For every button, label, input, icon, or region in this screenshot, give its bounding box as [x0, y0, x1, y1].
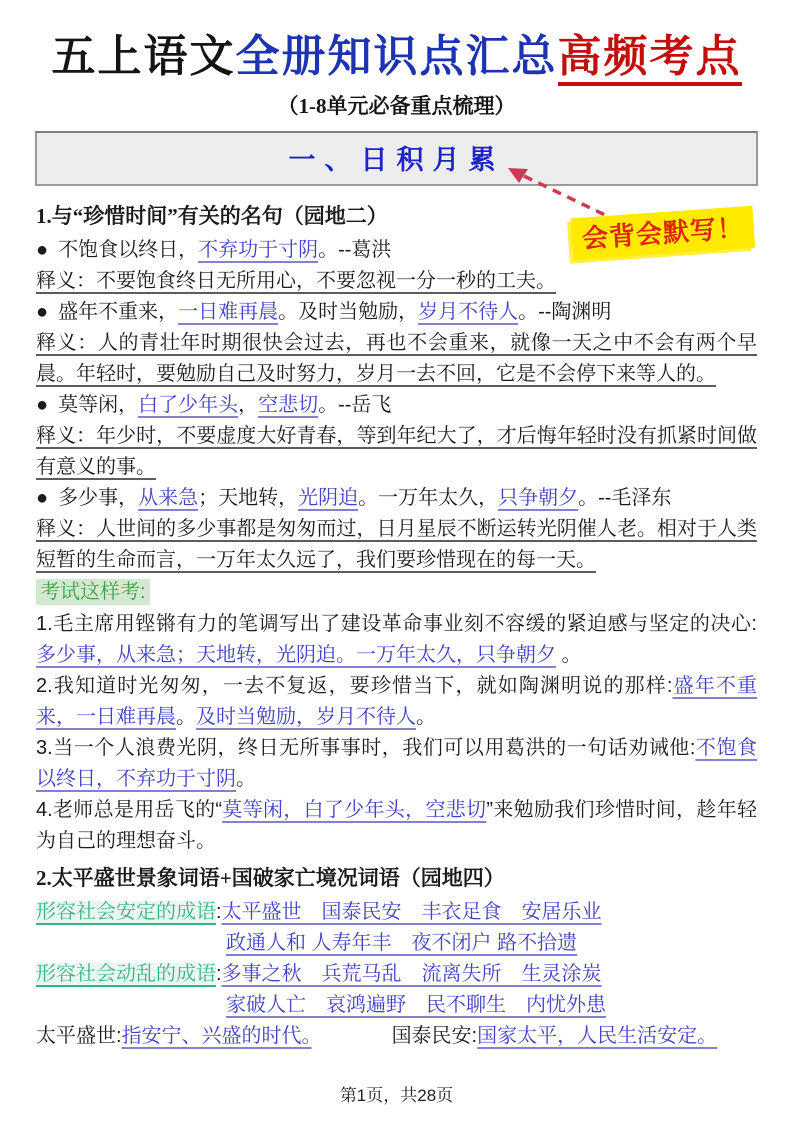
text-segment: 释义：人的青壮年时期很快会过去，再也不会重来，就像一天之中不会有两个早晨。年轻时…: [36, 332, 757, 385]
paragraph: 3.当一个人浪费光阴，终日无所事事时，我们可以用葛洪的一句话劝诫他:不饱食以终日…: [36, 733, 757, 795]
text-segment: ，: [238, 394, 258, 416]
text-segment: 及时当勉励，岁月不待人: [196, 706, 416, 728]
text-segment: 莫等闲，白了少年头，空悲切: [222, 799, 486, 821]
text-segment: 。: [416, 706, 436, 728]
text-segment: 1.毛主席用铿锵有力的笔调写出了建设革命事业刻不容缓的紧迫感与坚定的决心:: [36, 613, 757, 635]
section-header-title: 一、日积月累: [289, 145, 505, 175]
text-segment: ● 盛年不重来，: [36, 301, 178, 323]
paragraph: 形容社会动乱的成语:多事之秋 兵荒马乱 流离失所 生灵涂炭: [36, 959, 757, 990]
body-paragraphs: 1.与“珍惜时间”有关的名句（园地二）● 不饱食以终日，不弃功于寸阴。--葛洪释…: [0, 186, 793, 1052]
text-segment: 形容社会安定的成语: [36, 901, 216, 923]
paragraph: 释义：不要饱食终日无所用心，不要忽视一分一秒的工夫。: [36, 266, 757, 297]
text-segment: 白了少年头: [138, 394, 238, 416]
text-segment: ● 多少事，: [36, 487, 138, 509]
paragraph: ● 多少事，从来急；天地转，光阴迫。一万年太久，只争朝夕。--毛泽东: [36, 483, 757, 514]
text-segment: 。--葛洪: [318, 239, 391, 261]
text-segment: 不弃功于寸阴: [198, 239, 318, 261]
text-segment: 岁月不待人: [418, 301, 518, 323]
paragraph: 家破人亡 哀鸿遍野 民不聊生 内忧外患: [36, 990, 757, 1021]
paragraph: 太平盛世:指安宁、兴盛的时代。 国泰民安:国家太平，人民生活安定。: [36, 1021, 757, 1052]
text-segment: 。及时当勉励，: [278, 301, 418, 323]
text-segment: 一日难再晨: [178, 301, 278, 323]
text-segment: 家破人亡 哀鸿遍野 民不聊生 内忧外患: [226, 994, 606, 1016]
title-part-black: 五上语文: [52, 32, 236, 81]
paragraph: 2.我知道时光匆匆，一去不复返，要珍惜当下，就如陶渊明说的那样:盛年不重来，一日…: [36, 671, 757, 733]
text-segment: 。--毛泽东: [578, 487, 671, 509]
text-segment: 1.与“珍惜时间”有关的名句（园地二）: [36, 204, 388, 228]
text-segment: 形容社会动乱的成语: [36, 963, 216, 985]
text-segment: 指安宁、兴盛的时代。: [122, 1025, 312, 1047]
text-segment: 。--岳飞: [318, 394, 391, 416]
paragraph: 4.老师总是用岳飞的“莫等闲，白了少年头，空悲切”来勉励我们珍惜时间，趁年轻为自…: [36, 795, 757, 857]
text-segment: 4.老师总是用岳飞的“: [36, 799, 222, 821]
text-segment: 2.太平盛世景象词语+国破家亡境况词语（园地四）: [36, 866, 505, 890]
title-part-blue: 全册知识点汇总: [236, 32, 558, 81]
text-segment: 太平盛世:: [36, 1025, 122, 1047]
text-segment: 。: [556, 644, 582, 666]
text-segment: ● 不饱食以终日，: [36, 239, 198, 261]
text-segment: 。: [176, 706, 196, 728]
page-subtitle: （1-8单元必备重点梳理）: [0, 90, 793, 120]
text-segment: 从来急: [138, 487, 198, 509]
paragraph: 1.毛主席用铿锵有力的笔调写出了建设革命事业刻不容缓的紧迫感与坚定的决心:多少事…: [36, 609, 757, 671]
paragraph: ● 莫等闲，白了少年头，空悲切。--岳飞: [36, 390, 757, 421]
paragraph: 释义：人的青壮年时期很快会过去，再也不会重来，就像一天之中不会有两个早晨。年轻时…: [36, 328, 757, 390]
text-segment: [312, 1025, 392, 1047]
text-segment: 国泰民安:: [392, 1025, 478, 1047]
text-segment: 释义：年少时，不要虚度大好青春，等到年纪大了，才后悔年轻时没有抓紧时间做有意义的…: [36, 425, 757, 478]
text-segment: 3.当一个人浪费光阴，终日无所事事时，我们可以用葛洪的一句话劝诫他:: [36, 737, 695, 759]
paragraph: ● 盛年不重来，一日难再晨。及时当勉励，岁月不待人。--陶渊明: [36, 297, 757, 328]
text-segment: 。: [236, 768, 256, 790]
text-segment: 释义：不要饱食终日无所用心，不要忽视一分一秒的工夫。: [36, 270, 556, 292]
page-title: 五上语文全册知识点汇总高频考点: [0, 30, 793, 84]
text-segment: ● 莫等闲，: [36, 394, 138, 416]
paragraph: 形容社会安定的成语:太平盛世 国泰民安 丰衣足食 安居乐业: [36, 897, 757, 928]
text-segment: 考试这样考:: [36, 579, 150, 605]
text-segment: 多少事，从来急；天地转，光阴迫。一万年太久，只争朝夕: [36, 644, 556, 666]
page-number: 第1页，共28页: [0, 1081, 793, 1106]
document-page: 五上语文全册知识点汇总高频考点 （1-8单元必备重点梳理） 一、日积月累 会背会…: [0, 0, 793, 1122]
text-segment: 释义：人世间的多少事都是匆匆而过，日月星辰不断运转光阴催人老。相对于人类短暂的生…: [36, 518, 757, 571]
text-segment: 2.我知道时光匆匆，一去不复返，要珍惜当下，就如陶渊明说的那样:: [36, 675, 672, 697]
text-segment: 多事之秋 兵荒马乱 流离失所 生灵涂炭: [222, 963, 602, 985]
text-segment: 只争朝夕: [498, 487, 578, 509]
paragraph: 释义：年少时，不要虚度大好青春，等到年纪大了，才后悔年轻时没有抓紧时间做有意义的…: [36, 421, 757, 483]
paragraph: 政通人和 人寿年丰 夜不闭户 路不拾遗: [36, 928, 757, 959]
paragraph: 考试这样考:: [36, 576, 757, 609]
text-segment: 。--陶渊明: [518, 301, 611, 323]
title-part-red: 高频考点: [558, 32, 742, 86]
section-heading: 2.太平盛世景象词语+国破家亡境况词语（园地四）: [36, 860, 757, 897]
text-segment: 国家太平，人民生活安定。: [477, 1025, 717, 1047]
section-header-box: 一、日积月累: [35, 131, 758, 186]
paragraph: 释义：人世间的多少事都是匆匆而过，日月星辰不断运转光阴催人老。相对于人类短暂的生…: [36, 514, 757, 576]
text-segment: 空悲切: [258, 394, 318, 416]
text-segment: 。一万年太久，: [358, 487, 498, 509]
text-segment: 光阴迫: [298, 487, 358, 509]
text-segment: ；天地转，: [198, 487, 298, 509]
text-segment: 政通人和 人寿年丰 夜不闭户 路不拾遗: [226, 932, 577, 954]
text-segment: 太平盛世 国泰民安 丰衣足食 安居乐业: [222, 901, 602, 923]
